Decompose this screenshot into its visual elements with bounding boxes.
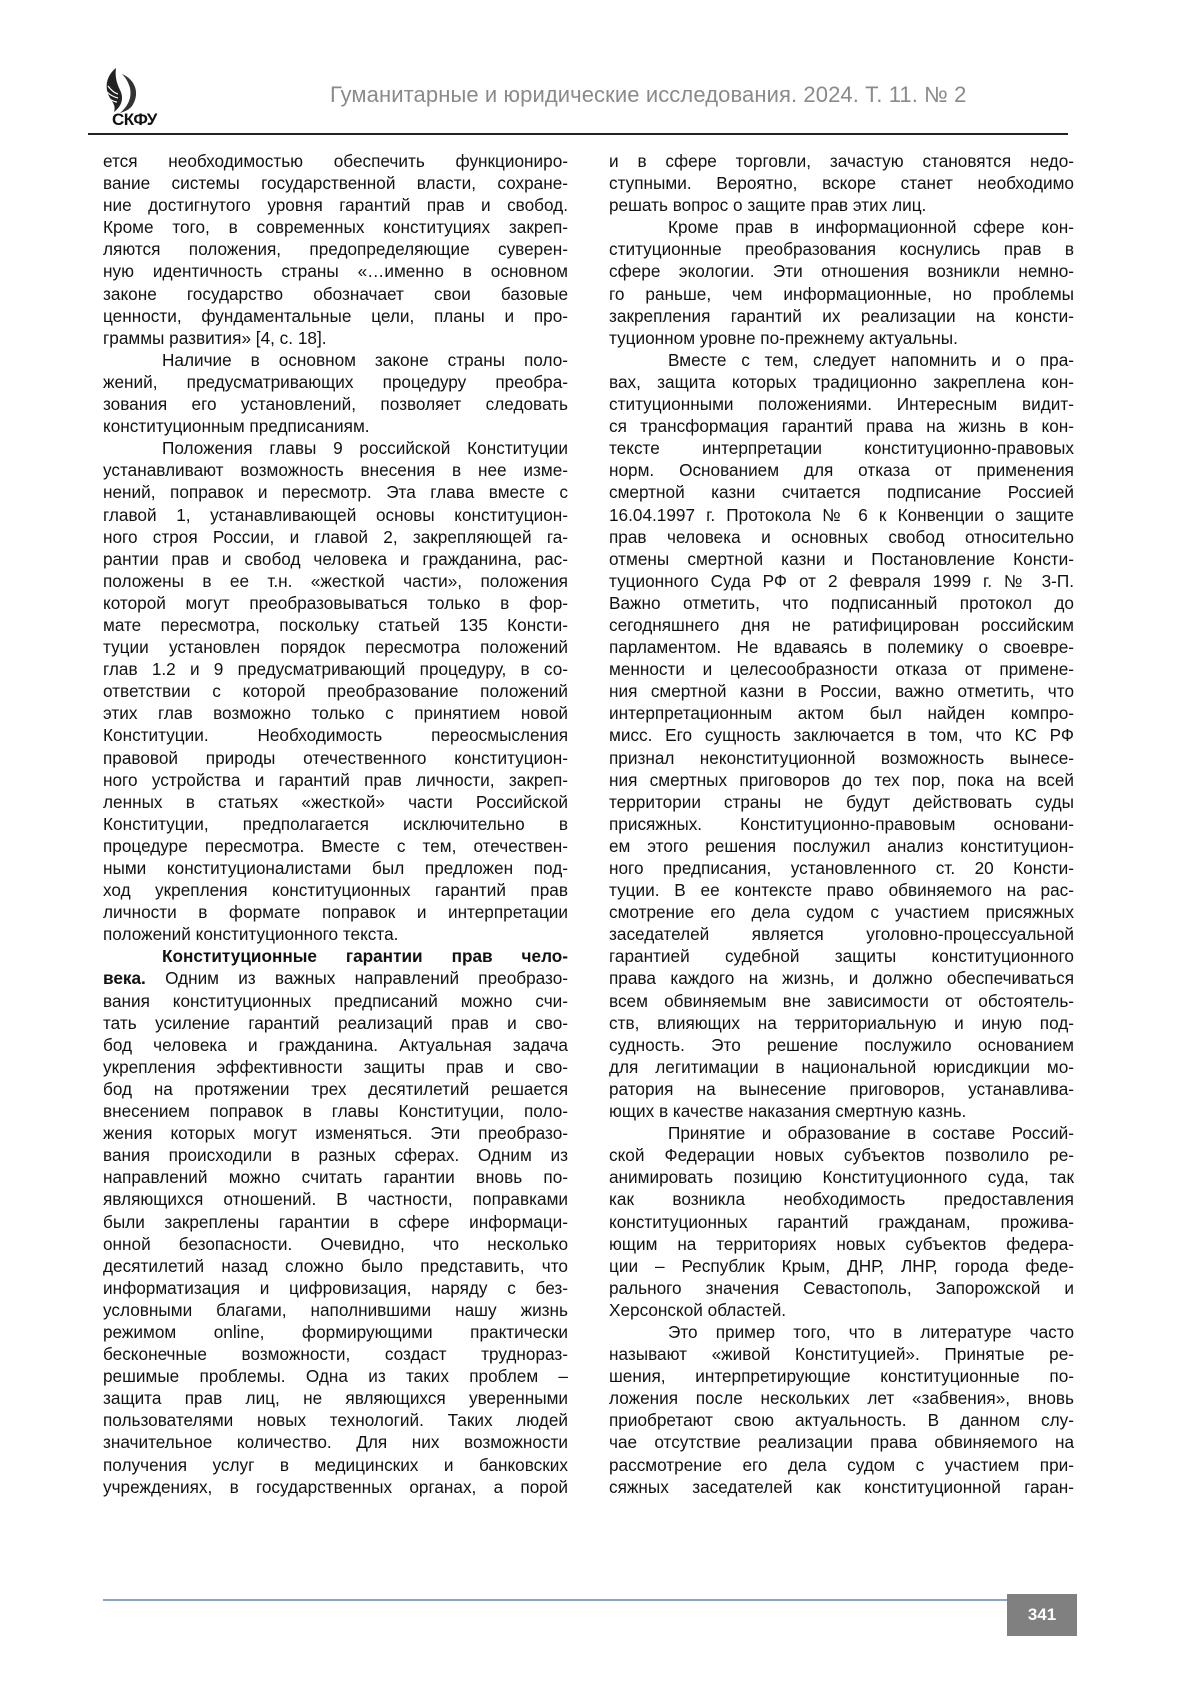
text-line: туционного Суда РФ от 2 февраля 1999 г. … xyxy=(609,570,1074,592)
text-line: Конституции, предполагается исключительн… xyxy=(103,813,568,835)
text-line: ем этого решения послужил анализ констит… xyxy=(609,835,1074,857)
text-line: туции установлен порядок пересмотра поло… xyxy=(103,636,568,658)
text-line: решать вопрос о защите прав этих лиц. xyxy=(609,194,1074,216)
text-line: правовой природы отечественного конститу… xyxy=(103,747,568,769)
text-line: туции. В ее контексте право обвиняемого … xyxy=(609,879,1074,901)
text-line: бесконечные возможности, создаст труднор… xyxy=(103,1343,568,1365)
text-line: направлений можно считать гарантии вновь… xyxy=(103,1166,568,1188)
text-line: сегодняшнего дня не ратифицирован россий… xyxy=(609,614,1074,636)
text-line: ценности, фундаментальные цели, планы и … xyxy=(103,305,568,327)
text-line: рассмотрение его дела судом с участием п… xyxy=(609,1454,1074,1476)
text-line: внесением поправок в главы Конституции, … xyxy=(103,1100,568,1122)
text-line: называют «живой Конституцией». Принятые … xyxy=(609,1343,1074,1365)
text-line: всем обвиняемым вне зависимости от обсто… xyxy=(609,990,1074,1012)
text-line: Наличие в основном законе страны поло- xyxy=(103,349,568,371)
text-line: гарантией судебной защиты конституционно… xyxy=(609,945,1074,967)
text-line: вах, защита которых традиционно закрепле… xyxy=(609,371,1074,393)
text-line: сяжных заседателей как конституционной г… xyxy=(609,1476,1074,1498)
text-line: Конституции. Необходимость переосмыслени… xyxy=(103,724,568,746)
text-line: мисс. Его сущность заключается в том, чт… xyxy=(609,724,1074,746)
footer-divider xyxy=(103,1599,1010,1601)
text-line: менности и целесообразности отказа от пр… xyxy=(609,658,1074,680)
text-line: Херсонской областей. xyxy=(609,1299,1074,1321)
text-line: Положения главы 9 российской Конституции xyxy=(103,437,568,459)
text-line: ющим на территориях новых субъектов феде… xyxy=(609,1233,1074,1255)
text-line: нений, поправок и пересмотр. Эта глава в… xyxy=(103,481,568,503)
text-line: жения которых могут изменяться. Эти прео… xyxy=(103,1122,568,1144)
text-line: решимые проблемы. Одна из таких проблем … xyxy=(103,1365,568,1387)
right-text-column: и в сфере торговли, зачастую становятся … xyxy=(609,150,1074,1498)
text-line: анимировать позицию Конституционного суд… xyxy=(609,1166,1074,1188)
text-line: рантии прав и свобод человека и граждани… xyxy=(103,548,568,570)
text-line: глав 1.2 и 9 предусматривающий процедуру… xyxy=(103,658,568,680)
text-line: сфере экологии. Эти отношения возникли н… xyxy=(609,260,1074,282)
text-line: ется необходимостью обеспечить функциони… xyxy=(103,150,568,172)
text-line: Кроме прав в информационной сфере кон- xyxy=(609,216,1074,238)
text-line: ответствии с которой преобразование поло… xyxy=(103,680,568,702)
text-line: заседателей является уголовно-процессуал… xyxy=(609,923,1074,945)
text-line: смертной казни считается подписание Росс… xyxy=(609,481,1074,503)
logo-text: СКФУ xyxy=(112,110,157,130)
text-line: тексте интерпретации конституционно-прав… xyxy=(609,437,1074,459)
text-line: Это пример того, что в литературе часто xyxy=(609,1321,1074,1343)
text-line: пользователями новых технологий. Таких л… xyxy=(103,1409,568,1431)
text-line: онной безопасности. Очевидно, что нескол… xyxy=(103,1233,568,1255)
text-line: туционном уровне по-прежнему актуальны. xyxy=(609,327,1074,349)
text-line: территории страны не будут действовать с… xyxy=(609,791,1074,813)
text-line: личности в формате поправок и интерпрета… xyxy=(103,901,568,923)
left-text-column: ется необходимостью обеспечить функциони… xyxy=(103,150,568,1498)
text-line: отмены смертной казни и Постановление Ко… xyxy=(609,548,1074,570)
text-line: мате пересмотра, поскольку статьей 135 К… xyxy=(103,614,568,636)
text-line: зования его установлений, позволяет след… xyxy=(103,393,568,415)
text-line: ния смертной казни в России, важно отмет… xyxy=(609,680,1074,702)
text-line: законе государство обозначает свои базов… xyxy=(103,283,568,305)
text-line: положений конституционного текста. xyxy=(103,923,568,945)
text-line: ние достигнутого уровня гарантий прав и … xyxy=(103,194,568,216)
page-number: 341 xyxy=(1028,1605,1056,1625)
text-line: чае отсутствие реализации права обвиняем… xyxy=(609,1431,1074,1453)
journal-title: Гуманитарные и юридические исследования.… xyxy=(330,82,966,108)
text-line: конституционных гарантий гражданам, прож… xyxy=(609,1211,1074,1233)
wing-logo-icon xyxy=(102,66,142,114)
text-line: устанавливают возможность внесения в нее… xyxy=(103,459,568,481)
text-line: ской Федерации новых субъектов позволило… xyxy=(609,1144,1074,1166)
text-line: ными конституционалистами был предложен … xyxy=(103,857,568,879)
text-line: которой могут преобразовываться только в… xyxy=(103,592,568,614)
text-line: условными благами, наполнившими нашу жиз… xyxy=(103,1299,568,1321)
text-line: интерпретационным актом был найден компр… xyxy=(609,702,1074,724)
text-line: ступными. Вероятно, вскоре станет необхо… xyxy=(609,172,1074,194)
text-line: приобретают свою актуальность. В данном … xyxy=(609,1409,1074,1431)
text-line: прав человека и основных свобод относите… xyxy=(609,526,1074,548)
text-line: ратория на вынесение приговоров, устанав… xyxy=(609,1078,1074,1100)
text-line: го раньше, чем информационные, но пробле… xyxy=(609,283,1074,305)
text-line: вания конституционных предписаний можно … xyxy=(103,990,568,1012)
text-line: тать усиление гарантий реализаций прав и… xyxy=(103,1012,568,1034)
text-line: ленных в статьях «жесткой» части Российс… xyxy=(103,791,568,813)
text-line: закрепления гарантий их реализации на ко… xyxy=(609,305,1074,327)
text-line: десятилетий назад сложно было представит… xyxy=(103,1255,568,1277)
text-line: ного предписания, установленного ст. 20 … xyxy=(609,857,1074,879)
text-line: режимом online, формирующими практически xyxy=(103,1321,568,1343)
text-line: шения, интерпретирующие конституционные … xyxy=(609,1365,1074,1387)
text-line: конституционным предписаниям. xyxy=(103,415,568,437)
text-line: ституционные преобразования коснулись пр… xyxy=(609,238,1074,260)
header-divider xyxy=(88,133,1068,135)
text-line: положены в ее т.н. «жесткой части», поло… xyxy=(103,570,568,592)
text-line: были закреплены гарантии в сфере информа… xyxy=(103,1211,568,1233)
text-line: получения услуг в медицинских и банковск… xyxy=(103,1454,568,1476)
text-line: как возникла необходимость предоставлени… xyxy=(609,1188,1074,1210)
text-line: рального значения Севастополь, Запорожск… xyxy=(609,1277,1074,1299)
text-line: признал неконституционной возможность вы… xyxy=(609,747,1074,769)
text-line: процедуре пересмотра. Вместе с тем, отеч… xyxy=(103,835,568,857)
text-line: века. Одним из важных направлений преобр… xyxy=(103,967,568,989)
text-line: ход укрепления конституционных гарантий … xyxy=(103,879,568,901)
text-line: главой 1, устанавливающей основы констит… xyxy=(103,504,568,526)
text-line: смотрение его дела судом с участием прис… xyxy=(609,901,1074,923)
text-line: жений, предусматривающих процедуру преоб… xyxy=(103,371,568,393)
text-line: ния смертных приговоров до тех пор, пока… xyxy=(609,769,1074,791)
text-line: ляются положения, предопределяющие сувер… xyxy=(103,238,568,260)
text-line: укрепления эффективности защиты прав и с… xyxy=(103,1056,568,1078)
text-line: парламентом. Не вдаваясь в полемику о св… xyxy=(609,636,1074,658)
text-line: Вместе с тем, следует напомнить и о пра- xyxy=(609,349,1074,371)
text-line: защита прав лиц, не являющихся уверенным… xyxy=(103,1387,568,1409)
text-line: судность. Это решение послужило основани… xyxy=(609,1034,1074,1056)
university-logo: СКФУ xyxy=(98,66,178,132)
text-line: ции – Республик Крым, ДНР, ЛНР, города ф… xyxy=(609,1255,1074,1277)
page-number-badge: 341 xyxy=(1007,1594,1077,1636)
text-line: для легитимации в национальной юрисдикци… xyxy=(609,1056,1074,1078)
text-line: граммы развития» [4, с. 18]. xyxy=(103,327,568,349)
text-line: вание системы государственной власти, со… xyxy=(103,172,568,194)
text-line-rest: Одним из важных направлений преобразо- xyxy=(146,968,568,988)
text-line: этих глав возможно только с принятием но… xyxy=(103,702,568,724)
text-line: Принятие и образование в составе Россий- xyxy=(609,1122,1074,1144)
text-line: информатизация и цифровизация, наряду с … xyxy=(103,1277,568,1299)
text-line: ного строя России, и главой 2, закрепляю… xyxy=(103,526,568,548)
text-line: бод человека и гражданина. Актуальная за… xyxy=(103,1034,568,1056)
text-line: присяжных. Конституционно-правовым основ… xyxy=(609,813,1074,835)
text-line: Важно отметить, что подписанный протокол… xyxy=(609,592,1074,614)
page-header: СКФУ Гуманитарные и юридические исследов… xyxy=(0,0,1200,140)
text-line: 16.04.1997 г. Протокола № 6 к Конвенции … xyxy=(609,504,1074,526)
section-heading-end: века. xyxy=(103,968,146,988)
text-line: норм. Основанием для отказа от применени… xyxy=(609,459,1074,481)
text-line: права каждого на жизнь, и должно обеспеч… xyxy=(609,967,1074,989)
text-line: ся трансформация гарантий права на жизнь… xyxy=(609,415,1074,437)
text-line: бод на протяжении трех десятилетий решае… xyxy=(103,1078,568,1100)
text-line: вания происходили в разных сферах. Одним… xyxy=(103,1144,568,1166)
text-line: ституционными положениями. Интересным ви… xyxy=(609,393,1074,415)
text-line: значительное количество. Для них возможн… xyxy=(103,1431,568,1453)
text-line: и в сфере торговли, зачастую становятся … xyxy=(609,150,1074,172)
text-line: ного устройства и гарантий прав личности… xyxy=(103,769,568,791)
text-line: учреждениях, в государственных органах, … xyxy=(103,1476,568,1498)
section-heading: Конституционные гарантии прав чело- xyxy=(162,946,568,966)
text-line: ложения после нескольких лет «забвения»,… xyxy=(609,1387,1074,1409)
text-line: ющих в качестве наказания смертную казнь… xyxy=(609,1100,1074,1122)
text-line: Конституционные гарантии прав чело- xyxy=(103,945,568,967)
text-line: Кроме того, в современных конституциях з… xyxy=(103,216,568,238)
text-line: ств, влияющих на территориальную и иную … xyxy=(609,1012,1074,1034)
text-line: являющихся отношений. В частности, попра… xyxy=(103,1188,568,1210)
text-line: ную идентичность страны «…именно в основ… xyxy=(103,260,568,282)
